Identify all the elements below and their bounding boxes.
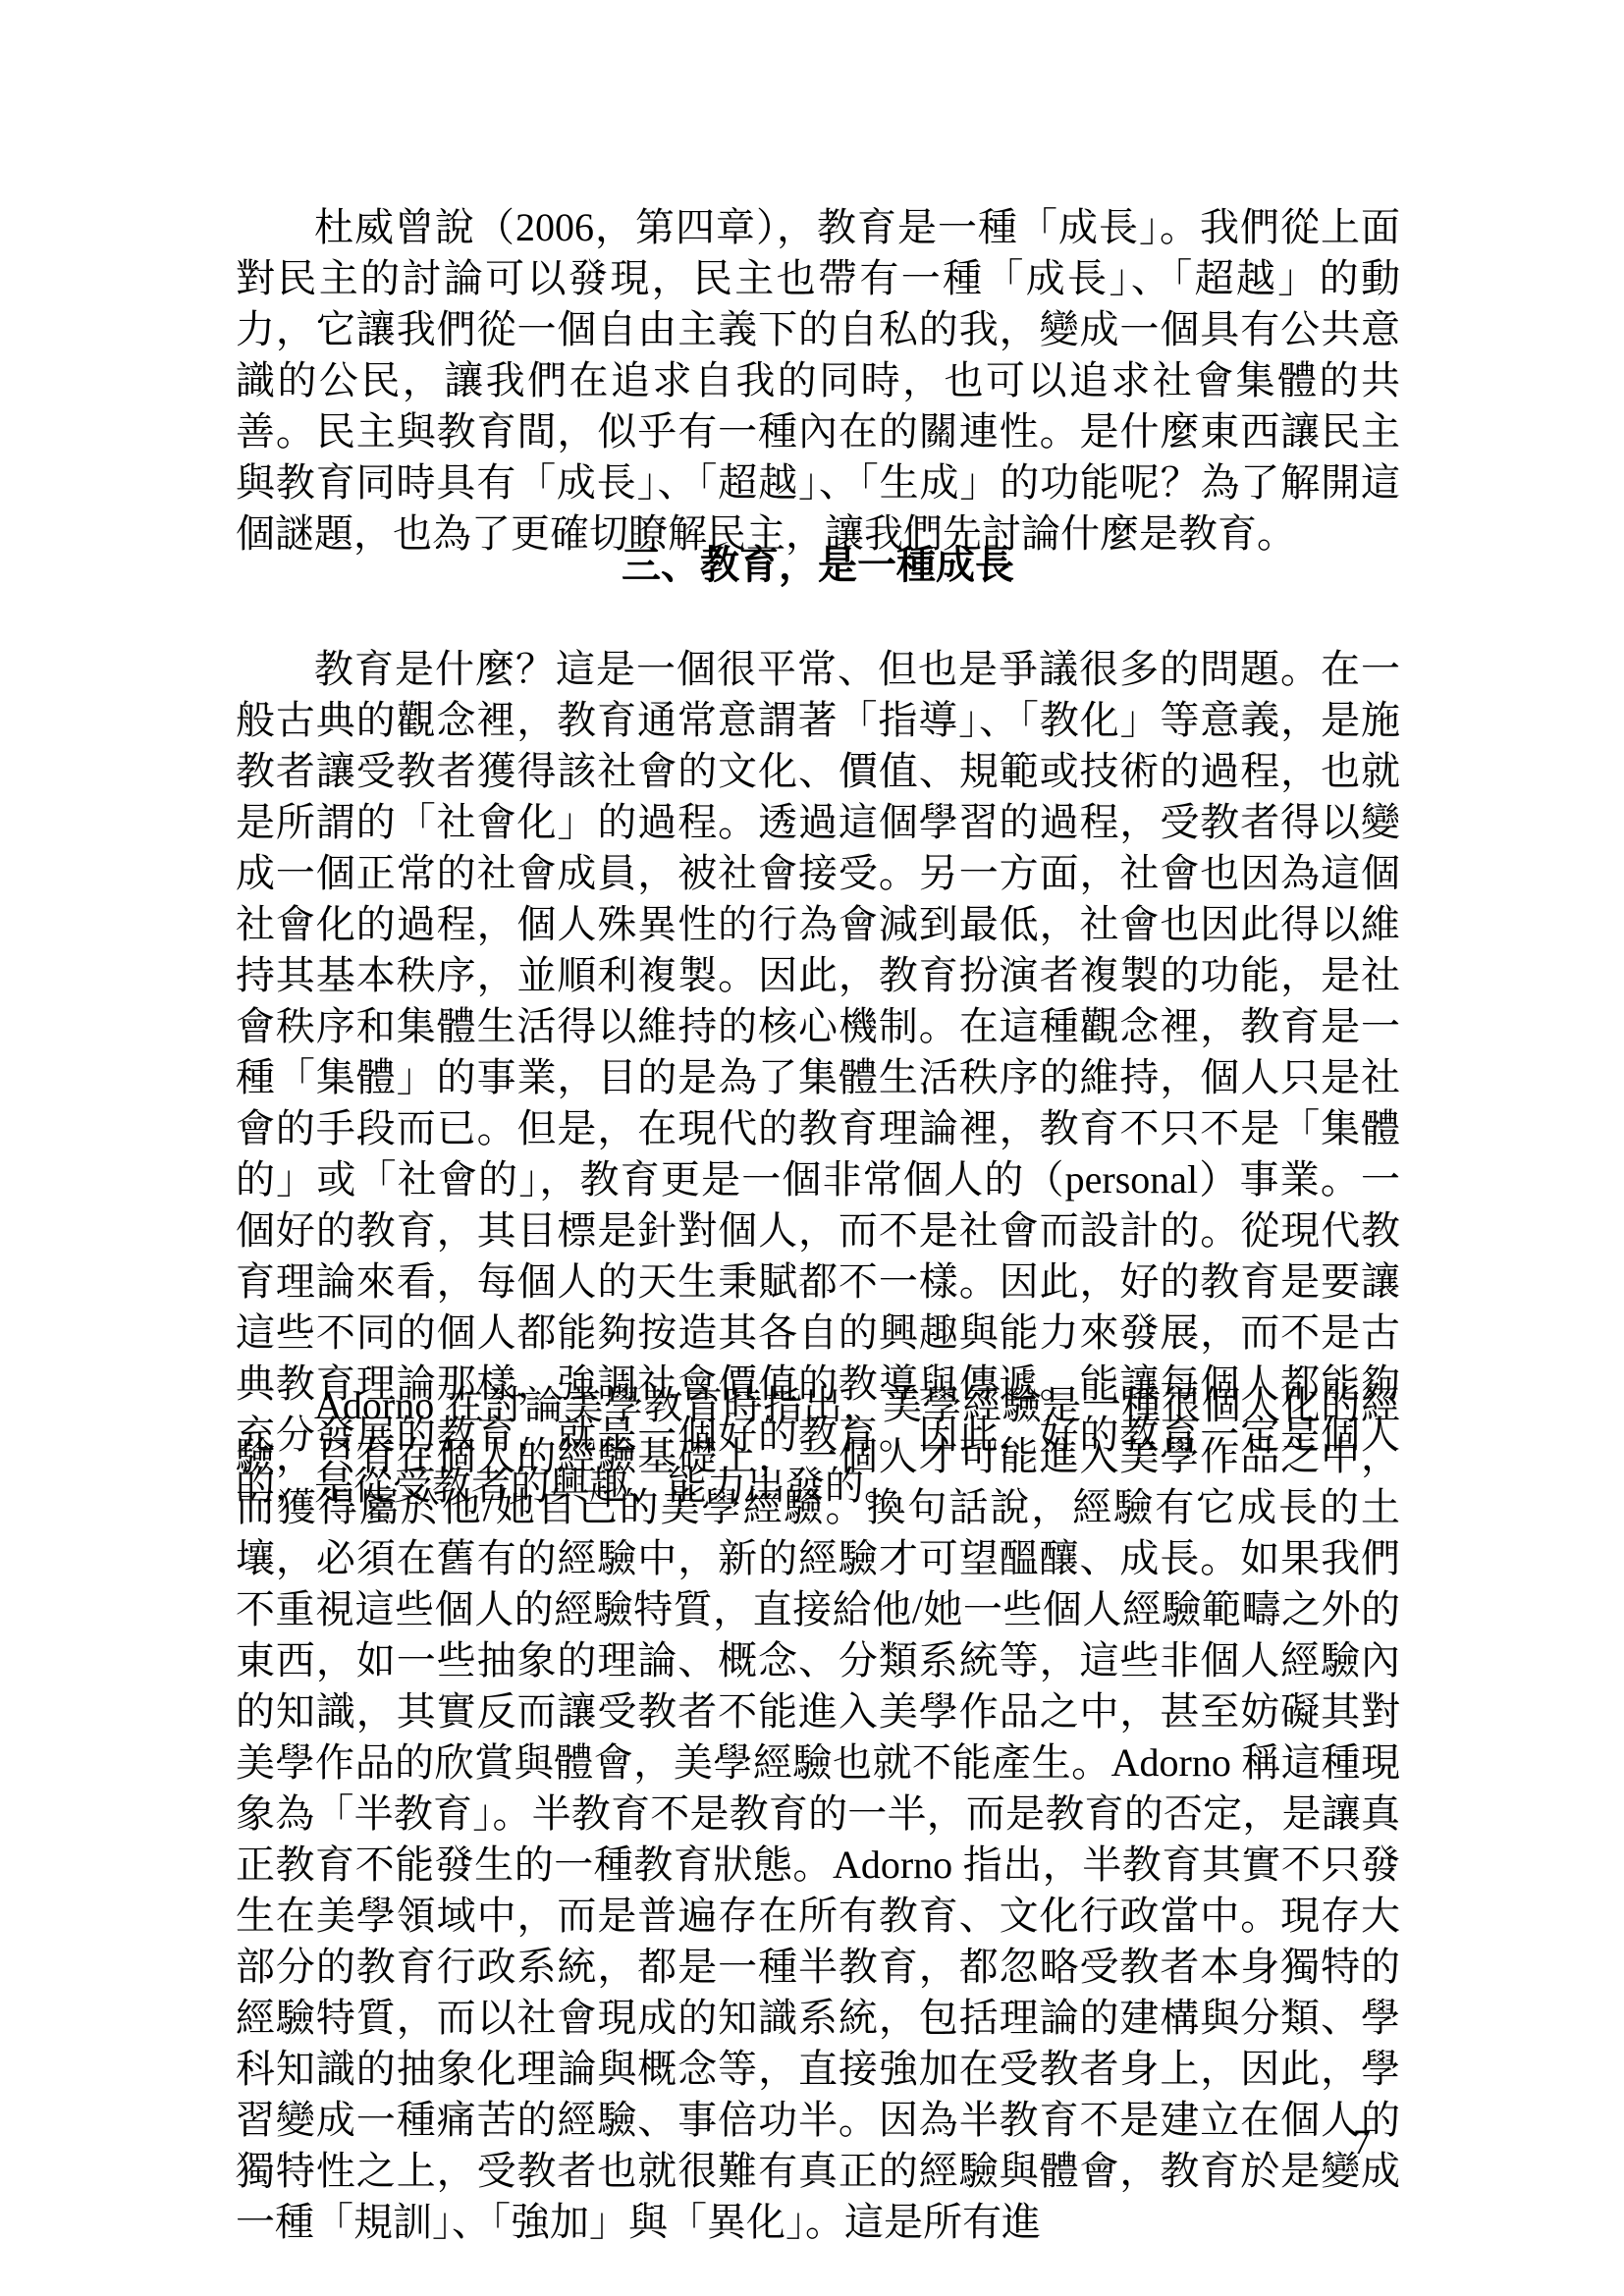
document-page: 杜威曾說（2006，第四章），教育是一種「成長」。我們從上面對民主的討論可以發現… — [0, 0, 1624, 2296]
section-heading: 三、教育，是一種成長 — [236, 540, 1400, 591]
paragraph-adorno-halbbildung: Adorno 在討論美學教育時指出，美學經驗是一種很個人化的經驗，只有在個人的經… — [236, 1380, 1400, 2248]
page-number: 7 — [1353, 2120, 1371, 2163]
paragraph-dewey-democracy-growth: 杜威曾說（2006，第四章），教育是一種「成長」。我們從上面對民主的討論可以發現… — [236, 202, 1400, 560]
